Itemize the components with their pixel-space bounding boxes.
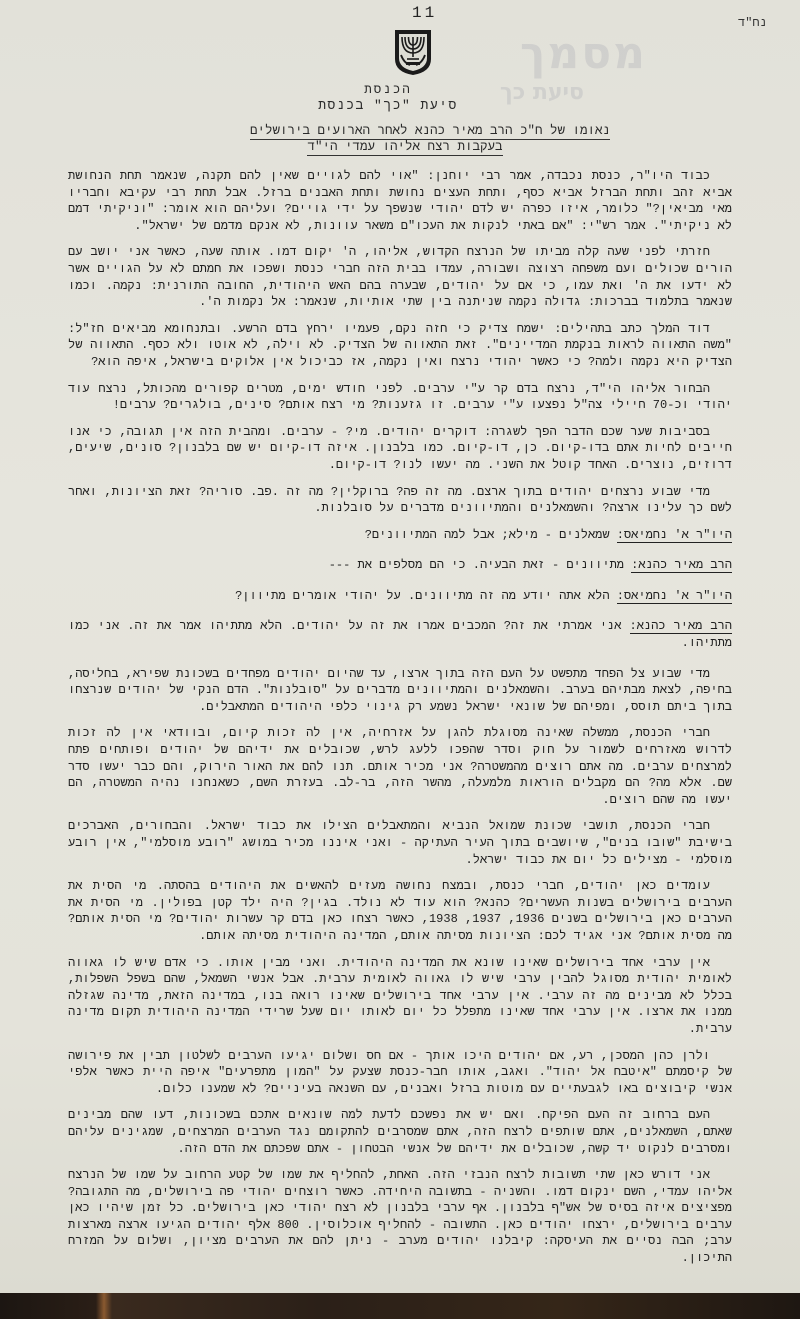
- paragraph: מדי שבוע נרצחים יהודים בתוך ארצם. מה זה …: [68, 484, 732, 517]
- knesset-menorah-emblem-icon: [392, 27, 434, 77]
- speaker-name: הרב מאיר כהנא:: [631, 558, 732, 573]
- paragraph: חזרתי לפני שעה קלה מביתו של הנרצח הקדוש,…: [68, 244, 732, 310]
- document-page: מסמך סיעת כך 11 נח"ד הכנסת סיעת "כך" בכנ…: [0, 0, 800, 1293]
- paragraph: חברי הכנסת, תושבי שכונת שמואל הנביא והמת…: [68, 818, 732, 868]
- paragraph: ולרן כהן המסכן, רע, אם יהודים היכו אותך …: [68, 1048, 732, 1098]
- faction-name: סיעת "כך" בכנסת: [0, 98, 788, 113]
- dialogue-line: היו"ר א' נחמיאס: הלא אתה יודע מה זה מתיו…: [68, 588, 732, 605]
- paragraph: דוד המלך כתב בתהילים: ישמח צדיק כי חזה נ…: [68, 321, 732, 371]
- paragraph: אני דורש כאן שתי תשובות לרצח הנבזי הזה. …: [68, 1167, 732, 1267]
- classification-mark: נח"ד: [738, 16, 767, 30]
- organization-name: הכנסת: [0, 83, 788, 97]
- page-number: 11: [412, 4, 437, 22]
- dialogue-text: שמאלנים - מילא; אבל למה המתיוונים?: [365, 528, 617, 542]
- dialogue-text: הלא אתה יודע מה זה מתיוונים. על יהודי או…: [235, 589, 617, 603]
- paragraph: אין ערבי אחד בירושלים שאינו שונא את המדי…: [68, 955, 732, 1038]
- paragraph: העם ברחוב זה העם הפיקח. ואם יש את נפשכם …: [68, 1107, 732, 1157]
- speaker-name: היו"ר א' נחמיאס:: [617, 589, 732, 604]
- dialogue-text: מתיוונים - זאת הבעיה. כי הם מסלפים את --…: [329, 558, 631, 572]
- bleed-through-text: מסמך: [520, 28, 647, 79]
- paragraph: כבוד היו"ר, כנסת נכבדה, אמר רבי יוחנן: "…: [68, 168, 732, 234]
- title-text: נאומו של ח"כ הרב מאיר כהנא לאחר הארועים …: [250, 124, 610, 140]
- paragraph: עומדים כאן יהודים, חברי כנסת, ובמצח נחוש…: [68, 878, 732, 944]
- paragraph: הבחור אליהו הי"ד, נרצח בדם קר ע"י ערבים.…: [68, 381, 732, 414]
- speech-body: כבוד היו"ר, כנסת נכבדה, אמר רבי יוחנן: "…: [68, 168, 732, 1277]
- title-text: בעקבות רצח אליהו עמדי הי"ד: [307, 140, 502, 156]
- table-surface-background: [0, 1293, 800, 1319]
- speaker-name: היו"ר א' נחמיאס:: [617, 528, 732, 543]
- paragraph: חברי הכנסת, ממשלה שאינה מסוגלת להגן על א…: [68, 725, 732, 808]
- dialogue-line: הרב מאיר כהנא: אני אמרתי את זה? המכבים א…: [68, 618, 732, 651]
- speaker-name: הרב מאיר כהנא:: [630, 619, 733, 634]
- dialogue-line: היו"ר א' נחמיאס: שמאלנים - מילא; אבל למה…: [68, 527, 732, 544]
- paragraph: בסביבות שער שכם הדבר הפך לשגרה: דוקרים י…: [68, 424, 732, 474]
- document-title-line-1: נאומו של ח"כ הרב מאיר כהנא לאחר הארועים …: [30, 124, 800, 138]
- dialogue-line: הרב מאיר כהנא: מתיוונים - זאת הבעיה. כי …: [68, 557, 732, 574]
- document-title-line-2: בעקבות רצח אליהו עמדי הי"ד: [5, 140, 800, 154]
- paragraph: מדי שבוע צל הפחד מתפשט על העם הזה בתוך א…: [68, 666, 732, 716]
